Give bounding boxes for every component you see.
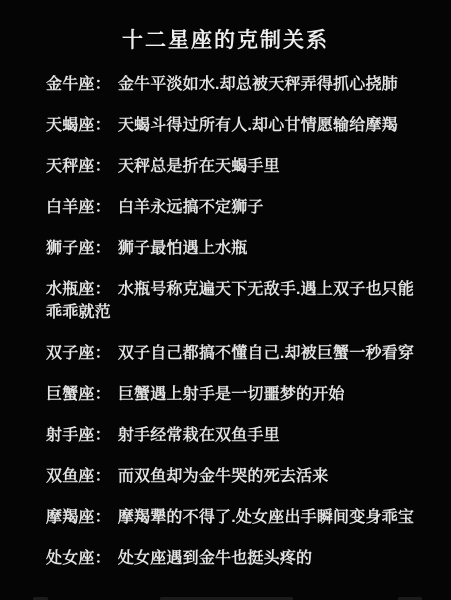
zodiac-description: 射手经常栽在双鱼手里 <box>118 427 280 444</box>
list-item-leo: 狮子座：狮子最怕遇上水瓶 <box>46 237 451 260</box>
zodiac-sign-label: 天蝎座： <box>46 117 111 134</box>
zodiac-list: 金牛座：金牛平淡如水.却总被天秤弄得抓心挠肺 天蝎座：天蝎斗得过所有人.却心甘情… <box>0 54 451 570</box>
zodiac-description: 天蝎斗得过所有人.却心甘情愿输给摩羯 <box>118 117 398 134</box>
list-item-taurus: 金牛座：金牛平淡如水.却总被天秤弄得抓心挠肺 <box>46 73 451 96</box>
zodiac-sign-label: 双鱼座： <box>46 468 111 485</box>
zodiac-sign-label: 狮子座： <box>46 240 111 257</box>
page-title: 十二星座的克制关系 <box>0 0 451 54</box>
zodiac-restraint-page: 十二星座的克制关系 金牛座：金牛平淡如水.却总被天秤弄得抓心挠肺 天蝎座：天蝎斗… <box>0 0 451 600</box>
list-item-pisces: 双鱼座：而双鱼却为金牛哭的死去活来 <box>46 465 451 488</box>
zodiac-description: 摩羯犟的不得了.处女座出手瞬间变身乖宝 <box>118 509 414 526</box>
zodiac-description: 天秤总是折在天蝎手里 <box>118 158 280 175</box>
zodiac-description: 处女座遇到金牛也挺头疼的 <box>118 550 312 567</box>
list-item-capricorn: 摩羯座：摩羯犟的不得了.处女座出手瞬间变身乖宝 <box>46 506 451 529</box>
zodiac-sign-label: 射手座： <box>46 427 111 444</box>
list-item-aquarius: 水瓶座：水瓶号称克遍天下无敌手.遇上双子也只能 乖乖就范 <box>46 278 451 324</box>
zodiac-sign-label: 摩羯座： <box>46 509 111 526</box>
zodiac-description: 金牛平淡如水.却总被天秤弄得抓心挠肺 <box>118 76 398 93</box>
zodiac-sign-label: 双子座： <box>46 345 111 362</box>
list-item-gemini: 双子座：双子自己都搞不懂自己.却被巨蟹一秒看穿 <box>46 342 451 365</box>
zodiac-sign-label: 水瓶座： <box>46 281 111 298</box>
list-item-libra: 天秤座：天秤总是折在天蝎手里 <box>46 155 451 178</box>
zodiac-description: 狮子最怕遇上水瓶 <box>118 240 248 257</box>
zodiac-sign-label: 白羊座： <box>46 199 111 216</box>
list-item-cancer: 巨蟹座：巨蟹遇上射手是一切噩梦的开始 <box>46 383 451 406</box>
zodiac-sign-label: 天秤座： <box>46 158 111 175</box>
zodiac-description: 巨蟹遇上射手是一切噩梦的开始 <box>118 386 345 403</box>
zodiac-sign-label: 巨蟹座： <box>46 386 111 403</box>
zodiac-description: 而双鱼却为金牛哭的死去活来 <box>118 468 329 485</box>
list-item-sagittarius: 射手座：射手经常栽在双鱼手里 <box>46 424 451 447</box>
zodiac-description: 白羊永远搞不定狮子 <box>118 199 264 216</box>
zodiac-description: 双子自己都搞不懂自己.却被巨蟹一秒看穿 <box>118 345 414 362</box>
list-item-scorpio: 天蝎座：天蝎斗得过所有人.却心甘情愿输给摩羯 <box>46 114 451 137</box>
zodiac-sign-label: 金牛座： <box>46 76 111 93</box>
zodiac-sign-label: 处女座： <box>46 550 111 567</box>
list-item-aries: 白羊座：白羊永远搞不定狮子 <box>46 196 451 219</box>
list-item-virgo: 处女座：处女座遇到金牛也挺头疼的 <box>46 547 451 570</box>
